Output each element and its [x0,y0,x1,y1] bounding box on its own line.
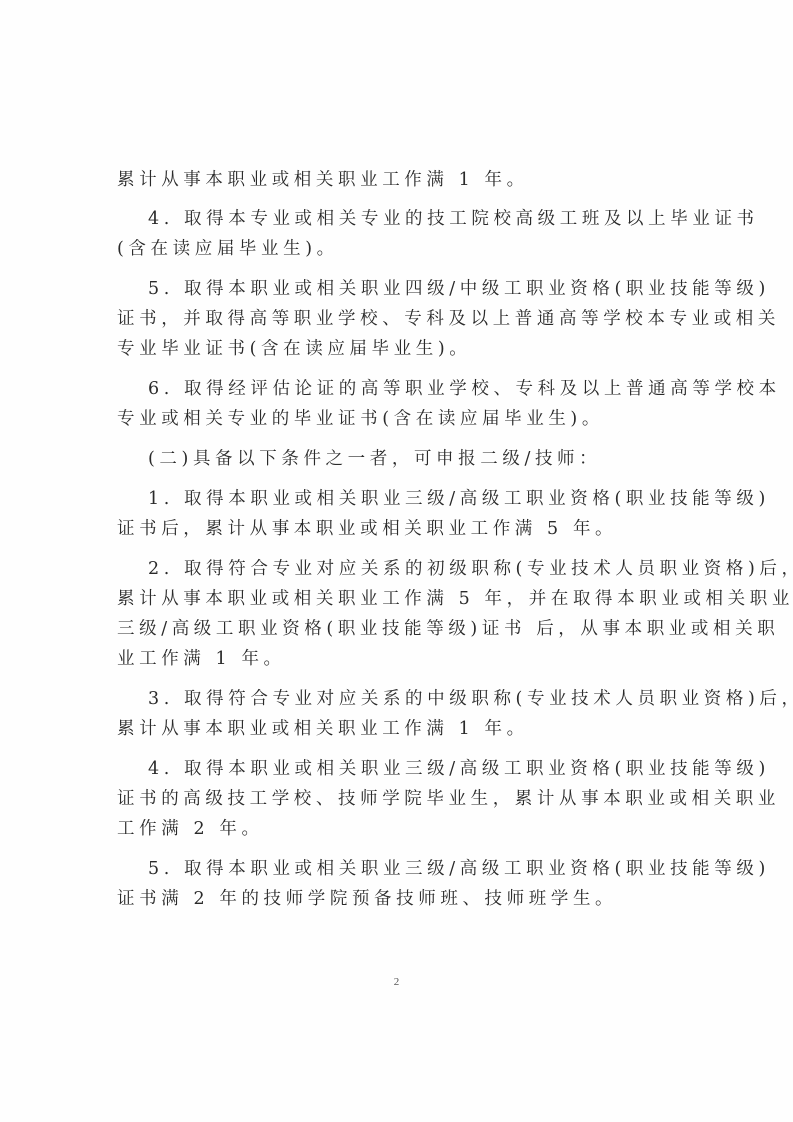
paragraph-line: 累计从事本职业或相关职业工作满 1 年。 [117,169,677,191]
paragraph-first-line: 4. 取得本职业或相关职业三级/高级工职业资格(职业技能等级) [148,758,678,780]
paragraph-line: 专业毕业证书(含在读应届毕业生)。 [117,338,677,360]
paragraph-line: 专业或相关专业的毕业证书(含在读应届毕业生)。 [117,408,677,430]
paragraph-line: (含在读应届毕业生)。 [117,238,677,260]
paragraph-line: 证书，并取得高等职业学校、专科及以上普通高等学校本专业或相关 [117,308,677,330]
paragraph-first-line: 5. 取得本职业或相关职业三级/高级工职业资格(职业技能等级) [148,858,678,880]
paragraph-line: 业工作满 1 年。 [117,648,677,670]
paragraph-first-line: (二)具备以下条件之一者，可申报二级/技师： [148,448,678,470]
paragraph-first-line: 3. 取得符合专业对应关系的中级职称(专业技术人员职业资格)后， [148,688,678,710]
paragraph-line: 证书满 2 年的技师学院预备技师班、技师班学生。 [117,888,677,910]
paragraph-line: 证书的高级技工学校、技师学院毕业生，累计从事本职业或相关职业 [117,788,677,810]
paragraph-first-line: 2. 取得符合专业对应关系的初级职称(专业技术人员职业资格)后， [148,558,678,580]
document-page: 累计从事本职业或相关职业工作满 1 年。4. 取得本专业或相关专业的技工院校高级… [0,0,793,1122]
page-number: 2 [0,976,793,988]
paragraph-first-line: 4. 取得本专业或相关专业的技工院校高级工班及以上毕业证书 [148,208,678,230]
paragraph-first-line: 6. 取得经评估论证的高等职业学校、专科及以上普通高等学校本 [148,378,678,400]
paragraph-first-line: 5. 取得本职业或相关职业四级/中级工职业资格(职业技能等级) [148,278,678,300]
paragraph-first-line: 1. 取得本职业或相关职业三级/高级工职业资格(职业技能等级) [148,488,678,510]
paragraph-line: 累计从事本职业或相关职业工作满 1 年。 [117,718,677,740]
paragraph-line: 工作满 2 年。 [117,818,677,840]
paragraph-line: 三级/高级工职业资格(职业技能等级)证书 后，从事本职业或相关职 [117,618,677,640]
paragraph-line: 累计从事本职业或相关职业工作满 5 年，并在取得本职业或相关职业 [117,588,677,610]
paragraph-line: 证书后，累计从事本职业或相关职业工作满 5 年。 [117,518,677,540]
